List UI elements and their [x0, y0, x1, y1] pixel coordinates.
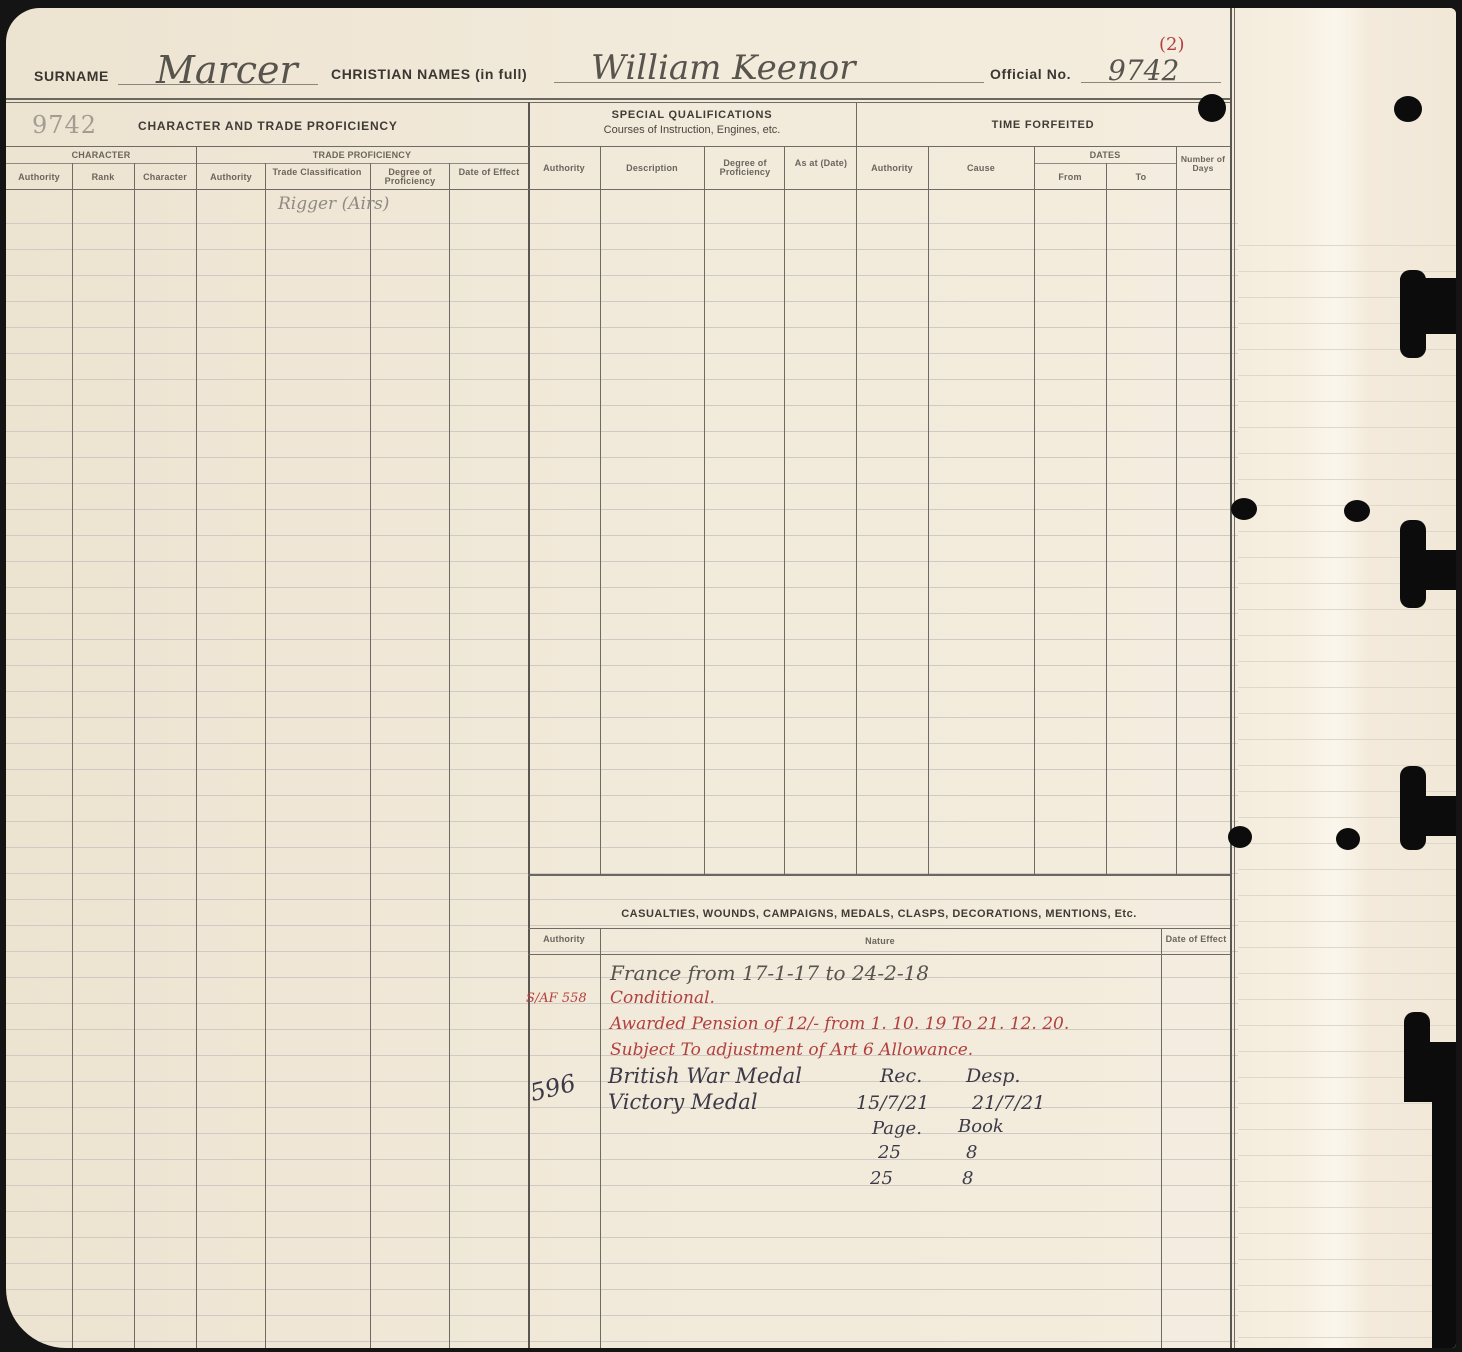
medal-desp-date: 21/7/21	[972, 1092, 1045, 1114]
medal-rec-label: Rec.	[880, 1065, 922, 1087]
col-line	[1176, 146, 1177, 874]
ruled-lines	[6, 198, 1238, 1348]
right-frame-2	[1234, 8, 1235, 1348]
col-cas-date-of-effect: Date of Effect	[1162, 935, 1230, 944]
col-line	[449, 163, 450, 1348]
punch-hole	[1198, 94, 1226, 122]
medal-book-2: 8	[962, 1168, 973, 1189]
col-sq-as-at: As at (Date)	[786, 159, 856, 168]
binder-tab	[1400, 270, 1426, 358]
col-sq-description: Description	[600, 164, 704, 173]
section-divider-1	[528, 102, 530, 1348]
col-line	[928, 146, 929, 874]
binder-tab	[1404, 1012, 1430, 1094]
casualty-entry-france: France from 17-1-17 to 24-2-18	[610, 961, 929, 985]
punch-hole	[1394, 96, 1422, 122]
col-sq-authority: Authority	[528, 164, 600, 173]
time-forfeited-title: TIME FORFEITED	[856, 120, 1230, 132]
casualties-title: CASUALTIES, WOUNDS, CAMPAIGNS, MEDALS, C…	[528, 909, 1230, 921]
official-no-value: 9742	[1108, 54, 1179, 87]
special-qualifications-title: SPECIAL QUALIFICATIONS	[528, 110, 856, 122]
medal-book-1: 8	[966, 1142, 977, 1163]
col-sq-degree: Degree of Proficiency	[706, 159, 784, 178]
casualty-entry-pension: Awarded Pension of 12/- from 1. 10. 19 T…	[610, 1014, 1069, 1034]
rule	[528, 874, 1230, 876]
rule	[6, 146, 528, 147]
surname-label: SURNAME	[34, 69, 109, 84]
col-line	[1161, 928, 1162, 1348]
col-line	[196, 146, 197, 1348]
sheet-marker: (2)	[1159, 34, 1185, 55]
col-line	[72, 163, 73, 1348]
medal-book-label: Book	[958, 1116, 1004, 1137]
col-date-of-effect: Date of Effect	[450, 168, 528, 177]
col-character: Character	[134, 173, 196, 182]
casualty-entry-adjustment: Subject To adjustment of Art 6 Allowance…	[610, 1040, 973, 1060]
medal-page-label: Page.	[872, 1118, 922, 1139]
col-degree-proficiency: Degree of Proficiency	[372, 168, 448, 187]
col-tf-authority: Authority	[856, 164, 928, 173]
binder-tab	[1400, 766, 1426, 850]
header-rule-2	[6, 102, 1232, 103]
binder-tab	[1400, 520, 1426, 608]
christian-names-value: William Keenor	[591, 48, 856, 88]
col-tf-cause: Cause	[928, 164, 1034, 173]
header-rule	[6, 98, 1232, 100]
col-tf-number-days: Number of Days	[1176, 155, 1230, 173]
col-line	[704, 146, 705, 874]
casualty-authority-saf558: S/AF 558	[526, 991, 587, 1006]
col-tf-from: From	[1034, 173, 1106, 182]
right-frame	[1230, 8, 1232, 1348]
record-card: SURNAME Marcer CHRISTIAN NAMES (in full)…	[6, 8, 1456, 1348]
col-line	[600, 146, 601, 874]
col-line	[1106, 163, 1107, 874]
col-line	[265, 163, 266, 1348]
punch-hole	[1228, 826, 1252, 848]
trade-classification-entry: Rigger (Airs)	[278, 194, 389, 214]
christian-names-label: CHRISTIAN NAMES (in full)	[331, 67, 527, 82]
casualty-entry-conditional: Conditional.	[610, 988, 715, 1008]
casualty-entry-victory: Victory Medal	[608, 1090, 758, 1114]
torn-edge	[1432, 1098, 1456, 1348]
official-no-label: Official No.	[990, 67, 1071, 82]
medal-desp-label: Desp.	[966, 1065, 1020, 1087]
stamp-number: 9742	[32, 111, 97, 139]
character-group-label: CHARACTER	[6, 151, 196, 160]
surname-value: Marcer	[156, 48, 298, 92]
punch-hole	[1336, 828, 1360, 850]
col-line	[134, 163, 135, 1348]
col-line	[370, 163, 371, 1348]
rule	[528, 146, 1230, 147]
rule	[528, 928, 1230, 929]
col-trade-classification: Trade Classification	[268, 168, 366, 177]
punch-hole	[1344, 500, 1370, 522]
punch-hole	[1231, 498, 1257, 520]
dates-group-label: DATES	[1034, 151, 1176, 160]
section-divider-2	[856, 102, 857, 874]
rule	[528, 189, 1230, 190]
col-line	[600, 928, 601, 1348]
col-line	[1034, 146, 1035, 874]
medal-rec-date: 15/7/21	[856, 1092, 929, 1114]
col-char-authority: Authority	[6, 173, 72, 182]
medal-page-2: 25	[870, 1168, 893, 1189]
medal-page-1: 25	[878, 1142, 901, 1163]
col-cas-authority: Authority	[528, 935, 600, 944]
col-trade-authority: Authority	[196, 173, 266, 182]
character-trade-title: CHARACTER AND TRADE PROFICIENCY	[138, 120, 398, 133]
casualty-entry-bwm: British War Medal	[608, 1064, 802, 1088]
col-line	[784, 146, 785, 874]
trade-group-label: TRADE PROFICIENCY	[196, 151, 528, 160]
rule	[1034, 163, 1176, 164]
col-rank: Rank	[72, 173, 134, 182]
col-tf-to: To	[1106, 173, 1176, 182]
special-qualifications-subtitle: Courses of Instruction, Engines, etc.	[528, 125, 856, 137]
col-cas-nature: Nature	[600, 937, 1160, 946]
rule	[528, 954, 1230, 955]
